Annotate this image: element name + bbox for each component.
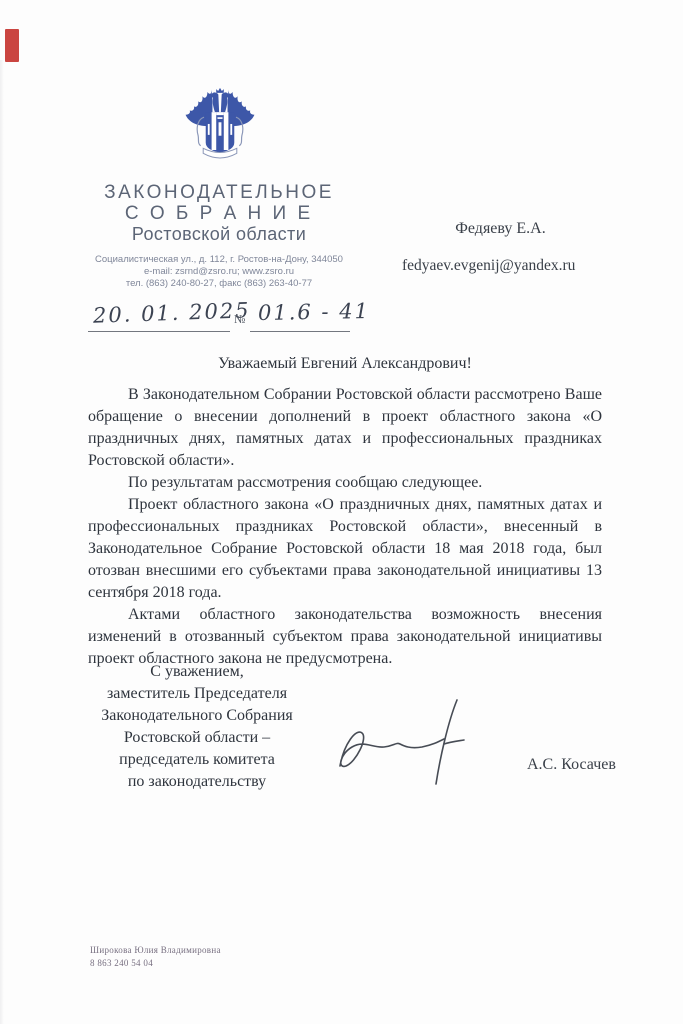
closing-line: заместитель Председателя — [88, 683, 306, 705]
number-sign: № — [234, 312, 245, 327]
org-name-line1: ЗАКОНОДАТЕЛЬНОЕ — [59, 182, 379, 203]
number-underline — [250, 331, 350, 332]
letterhead-address-block: Социалистическая ул., д. 112, г. Ростов-… — [49, 254, 389, 290]
closing-line: по законодательству — [88, 771, 306, 793]
rostov-oblast-coat-of-arms-icon — [178, 86, 262, 172]
recipient-name: Федяеву Е.А. — [428, 220, 573, 238]
address-street: Социалистическая ул., д. 112, г. Ростов-… — [49, 254, 389, 266]
handwritten-signature-icon — [330, 692, 488, 796]
closing-line: председатель комитета — [88, 749, 306, 771]
body-paragraph: В Законодательном Собрании Ростовской об… — [88, 384, 602, 472]
org-name-line3: Ростовской области — [59, 224, 379, 245]
letter-body: Уважаемый Евгений Александрович! В Закон… — [88, 353, 602, 670]
org-name-line2: С О Б Р А Н И Е — [59, 203, 379, 224]
body-paragraph: По результатам рассмотрения сообщаю след… — [88, 472, 602, 494]
address-phone-fax: тел. (863) 240-80-27, факс (863) 263-40-… — [49, 278, 389, 290]
handwritten-date: 20. 01. 2025 — [93, 298, 251, 327]
closing-line: Ростовской области – — [88, 727, 306, 749]
closing-line: Законодательного Собрания — [88, 705, 306, 727]
closing-line: С уважением, — [88, 661, 306, 683]
closing-block: С уважением, заместитель Председателя За… — [88, 661, 306, 793]
address-email-web: e-mail: zsrnd@zsro.ru; www.zsro.ru — [49, 266, 389, 278]
handwritten-outgoing-number: 01.6 - 41 — [258, 299, 370, 325]
executor-phone: 8 863 240 54 04 — [90, 957, 221, 970]
red-scan-mark-icon — [5, 29, 19, 62]
salutation: Уважаемый Евгений Александрович! — [88, 353, 602, 375]
executor-name: Широкова Юлия Владимировна — [90, 944, 221, 957]
date-underline — [88, 331, 230, 332]
scanned-letter-page: ЗАКОНОДАТЕЛЬНОЕ С О Б Р А Н И Е Ростовск… — [0, 0, 683, 1024]
body-paragraph: Проект областного закона «О праздничных … — [88, 494, 602, 604]
executor-block: Широкова Юлия Владимировна 8 863 240 54 … — [90, 944, 221, 969]
signer-name: А.С. Косачев — [527, 756, 616, 774]
letterhead-org-name: ЗАКОНОДАТЕЛЬНОЕ С О Б Р А Н И Е Ростовск… — [59, 182, 379, 245]
recipient-email: fedyaev.evgenij@yandex.ru — [402, 257, 575, 275]
